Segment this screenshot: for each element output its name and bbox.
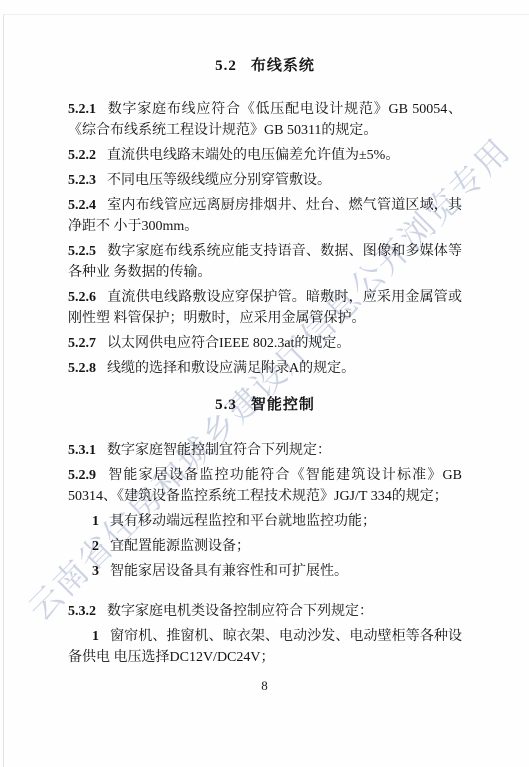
- clause-text: 直流供电线路末端处的电压偏差允许值为±5%。: [107, 148, 399, 163]
- clause-text: 数字家庭智能控制宜符合下列规定：: [107, 443, 331, 458]
- sub-item-1-motor: 1窗帘机、推窗机、晾衣架、电动沙发、电动壁柜等各种设备供电 电压选择DC12V/…: [68, 626, 462, 668]
- clause-5-2-4: 5.2.4室内布线管应远离厨房排烟井、灶台、燃气管道区域，其净距不 小于300m…: [68, 195, 462, 237]
- clause-number: 5.2.2: [68, 148, 96, 163]
- sub-item-number: 1: [92, 629, 99, 644]
- clause-number: 5.2.6: [68, 290, 96, 305]
- clause-5-2-9: 5.2.9智能家居设备监控功能符合《智能建筑设计标准》GB 50314、《建筑设…: [68, 465, 462, 507]
- clause-number: 5.2.5: [68, 244, 96, 259]
- sub-item-1: 1具有移动端远程监控和平台就地监控功能；: [68, 511, 462, 532]
- clause-5-2-7: 5.2.7以太网供电应符合IEEE 802.3at的规定。: [68, 333, 462, 354]
- sub-item-number: 1: [92, 514, 99, 529]
- clause-text: 数字家庭电机类设备控制应符合下列规定：: [107, 604, 373, 619]
- section-title-text: 智能控制: [251, 397, 315, 413]
- clause-5-3-1: 5.3.1数字家庭智能控制宜符合下列规定：: [68, 440, 462, 461]
- clause-5-2-2: 5.2.2直流供电线路末端处的电压偏差允许值为±5%。: [68, 145, 462, 166]
- sub-item-text: 具有移动端远程监控和平台就地监控功能；: [110, 514, 376, 529]
- clause-5-3-2: 5.3.2数字家庭电机类设备控制应符合下列规定：: [68, 601, 462, 622]
- clause-text: 数字家庭布线系统应能支持语音、数据、图像和多媒体等各种业 务数据的传输。: [68, 244, 462, 280]
- clause-5-2-3: 5.2.3不同电压等级线缆应分别穿管敷设。: [68, 170, 462, 191]
- page-number: 8: [0, 678, 529, 694]
- scan-edge-left: [3, 14, 4, 767]
- clause-text: 直流供电线路敷设应穿保护管。暗敷时，应采用金属管或刚性塑 料管保护；明敷时，应采…: [68, 290, 462, 326]
- section-number: 5.3: [215, 397, 237, 413]
- clause-number: 5.3.1: [68, 443, 96, 458]
- clause-5-2-8: 5.2.8线缆的选择和敷设应满足附录A的规定。: [68, 358, 462, 379]
- clause-text: 室内布线管应远离厨房排烟井、灶台、燃气管道区域，其净距不 小于300mm。: [68, 198, 462, 234]
- clause-text: 以太网供电应符合IEEE 802.3at的规定。: [107, 336, 350, 351]
- clause-number: 5.2.1: [68, 102, 96, 117]
- sub-item-text: 智能家居设备具有兼容性和可扩展性。: [110, 564, 348, 579]
- clause-number: 5.2.9: [68, 468, 96, 483]
- section-title-text: 布线系统: [251, 58, 315, 74]
- document-page: 云南省住房和城乡建设厅信息公开浏览专用 5.2布线系统 5.2.1数字家庭布线应…: [0, 0, 529, 767]
- clause-text: 数字家庭布线应符合《低压配电设计规范》GB 50054、《综合布线系统工程设计规…: [68, 102, 462, 138]
- sub-item-text: 窗帘机、推窗机、晾衣架、电动沙发、电动壁柜等各种设备供电 电压选择DC12V/D…: [68, 629, 462, 665]
- clause-text: 线缆的选择和敷设应满足附录A的规定。: [107, 361, 355, 376]
- sub-item-2: 2宜配置能源监测设备；: [68, 536, 462, 557]
- page-content: 5.2布线系统 5.2.1数字家庭布线应符合《低压配电设计规范》GB 50054…: [68, 54, 462, 672]
- clause-text: 不同电压等级线缆应分别穿管敷设。: [107, 173, 331, 188]
- clause-number: 5.2.3: [68, 173, 96, 188]
- clause-number: 5.2.8: [68, 361, 96, 376]
- clause-number: 5.3.2: [68, 604, 96, 619]
- section-number: 5.2: [215, 58, 237, 74]
- sub-item-3: 3智能家居设备具有兼容性和可扩展性。: [68, 561, 462, 582]
- clause-number: 5.2.7: [68, 336, 96, 351]
- section-title-5-2: 5.2布线系统: [68, 54, 462, 75]
- clause-5-2-6: 5.2.6直流供电线路敷设应穿保护管。暗敷时，应采用金属管或刚性塑 料管保护；明…: [68, 287, 462, 329]
- clause-5-2-5: 5.2.5数字家庭布线系统应能支持语音、数据、图像和多媒体等各种业 务数据的传输…: [68, 241, 462, 283]
- sub-item-number: 3: [92, 564, 99, 579]
- clause-number: 5.2.4: [68, 198, 96, 213]
- scan-edge-top: [3, 14, 529, 15]
- section-title-5-3: 5.3智能控制: [68, 393, 462, 414]
- clause-5-2-1: 5.2.1数字家庭布线应符合《低压配电设计规范》GB 50054、《综合布线系统…: [68, 99, 462, 141]
- sub-item-number: 2: [92, 539, 99, 554]
- clause-text: 智能家居设备监控功能符合《智能建筑设计标准》GB 50314、《建筑设备监控系统…: [68, 468, 462, 504]
- sub-item-text: 宜配置能源监测设备；: [110, 539, 250, 554]
